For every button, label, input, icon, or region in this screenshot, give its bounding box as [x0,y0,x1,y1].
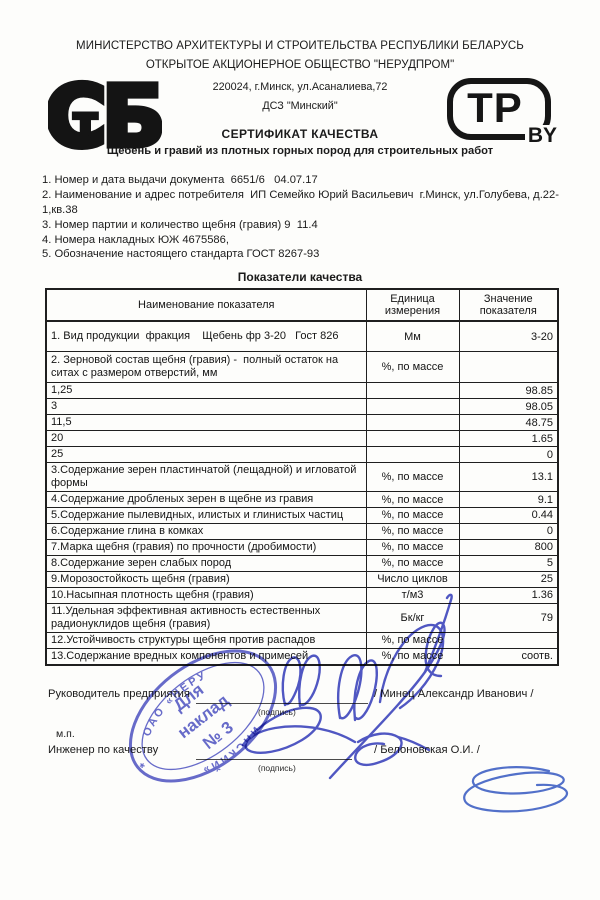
cell-name: 6.Содержание глина в комках [46,523,366,539]
table-header-row: Наименование показателя Единица измерени… [46,289,558,321]
cell-name: 10.Насыпная плотность щебня (гравия) [46,587,366,603]
header-value: Значение показателя [459,289,558,321]
cell-name: 3 [46,399,366,415]
table-row: 10.Насыпная плотность щебня (гравия)т/м3… [46,587,558,603]
table-row: 6.Содержание глина в комках%, по массе0 [46,523,558,539]
spiral-scribble [464,767,567,811]
cell-unit: %, по массе [366,523,459,539]
cell-unit: %, по массе [366,632,459,648]
detail-doc-number: 1. Номер и дата выдачи документа 6651/6 … [42,173,564,188]
cell-unit [366,431,459,447]
quality-table: Наименование показателя Единица измерени… [45,288,559,665]
cell-unit: %, по массе [366,555,459,571]
cell-unit: %, по массе [366,539,459,555]
header-unit: Единица измерения [366,289,459,321]
cell-unit: Бк/кг [366,603,459,632]
cell-unit: %, по массе [366,352,459,383]
stb-letter-t: т [74,100,97,146]
cell-value: 98.05 [459,399,558,415]
cell-value: 25 [459,571,558,587]
stb-letter-b: Б [102,70,162,158]
cell-unit: т/м3 [366,587,459,603]
table-row: 5.Содержание пылевидных, илистых и глини… [46,508,558,524]
cell-value: 79 [459,603,558,632]
cell-name: 7.Марка щебня (гравия) по прочности (дро… [46,539,366,555]
cell-name: 1,25 [46,383,366,399]
cell-unit [366,447,459,463]
tr-mark-by-text: BY [525,125,557,147]
stb-mark-icon: С т Б [48,70,162,158]
cell-unit: %, по массе [366,463,459,492]
cell-value: 13.1 [459,463,558,492]
detail-consumer: 2. Наименование и адрес потребителя ИП С… [42,188,564,218]
cell-name: 11,5 [46,415,366,431]
table-row: 11.Удельная эффективная активность естес… [46,603,558,632]
cell-name: 5.Содержание пылевидных, илистых и глини… [46,508,366,524]
table-row: 9.Морозостойкость щебня (гравия)Число ци… [46,571,558,587]
table-row: 1. Вид продукции фракция Щебень фр 3-20 … [46,321,558,351]
cell-unit [366,383,459,399]
table-row: 8.Содержание зерен слабых пород%, по мас… [46,555,558,571]
cell-unit: %, по массе [366,508,459,524]
cell-unit: %, по массе [366,648,459,664]
cell-value: 0 [459,523,558,539]
cell-name: 4.Содержание дробленых зерен в щебне из … [46,492,366,508]
cell-unit: Мм [366,321,459,351]
table-row: 398.05 [46,399,558,415]
cell-value: 0 [459,447,558,463]
cell-unit: %, по массе [366,492,459,508]
table-row: 2. Зерновой состав щебня (гравия) - полн… [46,352,558,383]
table-row: 201.65 [46,431,558,447]
cell-value: 48.75 [459,415,558,431]
cell-name: 2. Зерновой состав щебня (гравия) - полн… [46,352,366,383]
tr-by-mark-icon: ТР BY [447,78,551,140]
table-row: 3.Содержание зерен пластинчатой (лещадно… [46,463,558,492]
cell-unit [366,415,459,431]
cell-name: 25 [46,447,366,463]
cell-value: 800 [459,539,558,555]
cell-value: 0.44 [459,508,558,524]
detail-batch: 3. Номер партии и количество щебня (грав… [42,218,564,233]
cell-unit: Число циклов [366,571,459,587]
ministry-line: МИНИСТЕРСТВО АРХИТЕКТУРЫ И СТРОИТЕЛЬСТВА… [0,0,600,52]
cell-name: 20 [46,431,366,447]
header-indicator-name: Наименование показателя [46,289,366,321]
table-row: 11,548.75 [46,415,558,431]
document-details: 1. Номер и дата выдачи документа 6651/6 … [42,173,564,262]
table-row: 250 [46,447,558,463]
cell-value: 1.36 [459,587,558,603]
table-row: 7.Марка щебня (гравия) по прочности (дро… [46,539,558,555]
cell-value [459,632,558,648]
cell-unit [366,399,459,415]
cell-name: 3.Содержание зерен пластинчатой (лещадно… [46,463,366,492]
cell-value: 5 [459,555,558,571]
cell-name: 9.Морозостойкость щебня (гравия) [46,571,366,587]
director-name: / Минец Александр Иванович / [374,688,534,700]
certificate-document: МИНИСТЕРСТВО АРХИТЕКТУРЫ И СТРОИТЕЛЬСТВА… [0,0,600,900]
cell-value: соотв. [459,648,558,664]
table-row: 1,2598.85 [46,383,558,399]
table-row: 4.Содержание дробленых зерен в щебне из … [46,492,558,508]
cell-name: 1. Вид продукции фракция Щебень фр 3-20 … [46,321,366,351]
seal-placeholder-label: м.п. [56,728,75,740]
cell-value [459,352,558,383]
detail-waybills: 4. Номера накладных ЮЖ 4675586, [42,233,564,248]
company-stamp-icon: ОАО «НЕРУ ИНСКИЙ» * Для наклад № 3 [118,636,288,801]
cell-name: 8.Содержание зерен слабых пород [46,555,366,571]
detail-standard: 5. Обозначение настоящего стандарта ГОСТ… [42,247,564,262]
cell-value: 3-20 [459,321,558,351]
cell-value: 9.1 [459,492,558,508]
cell-value: 1.65 [459,431,558,447]
table-title: Показатели качества [0,270,600,284]
cell-name: 11.Удельная эффективная активность естес… [46,603,366,632]
cell-value: 98.85 [459,383,558,399]
engineer-name: / Белоновская О.И. / [374,744,480,756]
